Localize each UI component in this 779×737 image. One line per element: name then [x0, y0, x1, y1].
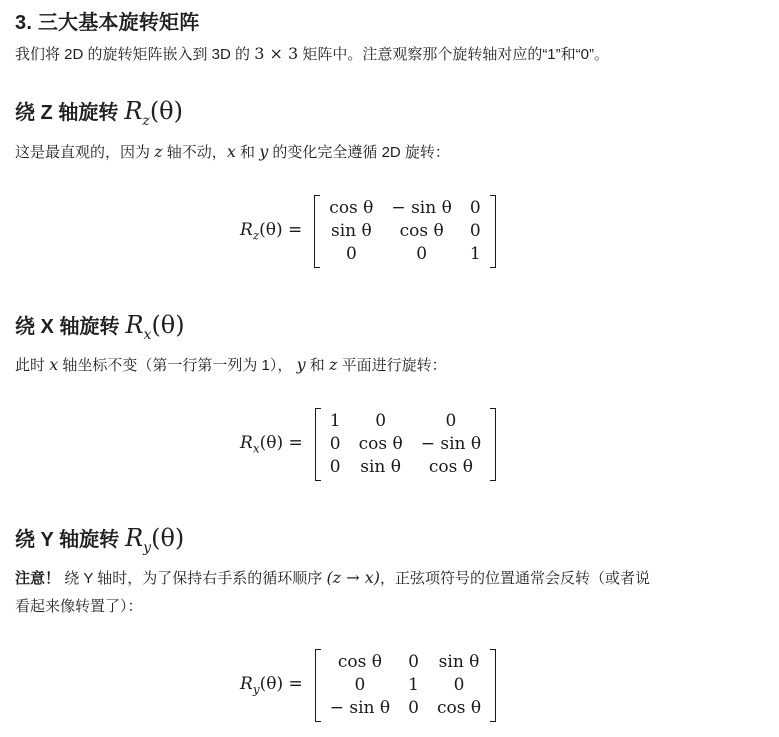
heading-text: 绕 Y 轴旋转 — [15, 523, 119, 552]
z-rotation-matrix-equation: Rz(θ) = cos θ− sin θ0 sin θcos θ0 001 — [240, 195, 496, 268]
heading-math: Rz(θ) — [124, 97, 183, 129]
intro-paragraph: 我们将 2D 的旋转矩阵嵌入到 3D 的 3 × 3 矩阵中。注意观察那个旋转轴… — [15, 40, 609, 69]
intro-math: 3 × 3 — [254, 44, 298, 63]
z-rotation-desc: 这是最直观的，因为 z 轴不动，x 和 y 的变化完全遵循 2D 旋转： — [15, 138, 450, 167]
heading-math: Ry(θ) — [125, 524, 184, 556]
matrix-lhs: Rz(θ) = — [240, 220, 302, 242]
intro-text-after: 矩阵中。注意观察那个旋转轴对应的“1”和“0”。 — [302, 46, 609, 63]
z-rotation-heading: 绕 Z 轴旋转 Rz(θ) — [15, 96, 183, 129]
matrix-lhs: Rx(θ) = — [240, 433, 303, 455]
x-rotation-matrix-equation: Rx(θ) = 100 0cos θ− sin θ 0sin θcos θ — [240, 408, 496, 481]
rotation-matrix: cos θ0sin θ 010 − sin θ0cos θ — [315, 649, 496, 722]
x-rotation-desc: 此时 x 轴坐标不变（第一行第一列为 1）， y 和 z 平面进行旋转： — [15, 351, 447, 380]
heading-text: 绕 X 轴旋转 — [15, 310, 119, 339]
x-rotation-heading: 绕 X 轴旋转 Rx(θ) — [15, 310, 185, 343]
heading-text: 绕 Z 轴旋转 — [15, 96, 118, 125]
heading-math: Rx(θ) — [125, 311, 184, 343]
note-label: 注意！ — [15, 570, 60, 587]
matrix-lhs: Ry(θ) = — [240, 674, 303, 696]
intro-text: 我们将 2D 的旋转矩阵嵌入到 3D 的 — [15, 46, 250, 63]
rotation-matrix: 100 0cos θ− sin θ 0sin θcos θ — [315, 408, 496, 481]
y-rotation-desc: 注意！ 绕 Y 轴时，为了保持右手系的循环顺序 (z → x)，正弦项符号的位置… — [15, 564, 735, 621]
y-rotation-matrix-equation: Ry(θ) = cos θ0sin θ 010 − sin θ0cos θ — [240, 649, 496, 722]
y-rotation-heading: 绕 Y 轴旋转 Ry(θ) — [15, 523, 184, 556]
section-title: 3. 三大基本旋转矩阵 — [15, 6, 199, 35]
rotation-matrix: cos θ− sin θ0 sin θcos θ0 001 — [314, 195, 495, 268]
